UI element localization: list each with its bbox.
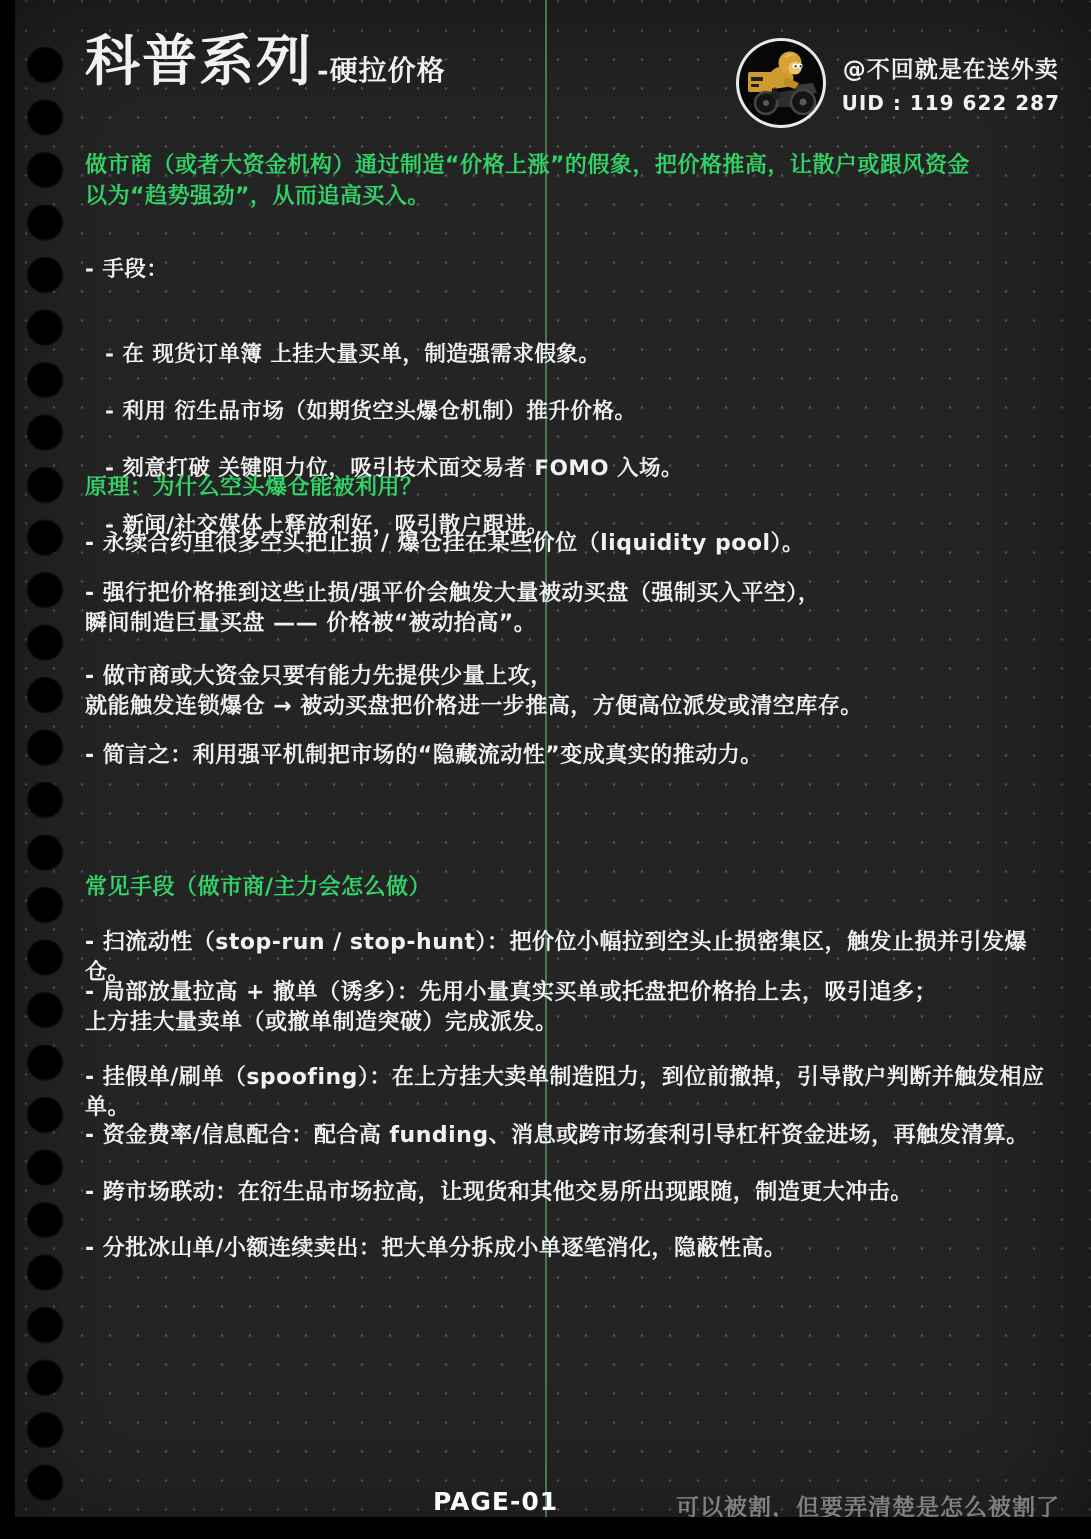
profile-handle[interactable]: @不回就是在送外卖 — [842, 51, 1060, 84]
profile-uid: UID : 119 622 287 — [842, 91, 1060, 115]
principle-paragraph: - 永续合约里很多空头把止损 / 爆仓挂在某些价位（liquidity pool… — [85, 529, 1063, 559]
methods-label: - 手段： — [85, 256, 1063, 285]
author-profile: @不回就是在送外卖 UID : 119 622 287 — [735, 37, 1060, 129]
title-main: 科普系列 — [85, 28, 313, 93]
methods-item: - 利用 衍生品市场（如期货空头爆仓机制）推升价格。 — [105, 398, 1063, 427]
page-title: 科普系列-硬拉价格 — [85, 30, 446, 92]
principle-paragraph: - 做市商或大资金只要有能力先提供少量上攻， 就能触发连锁爆仓 → 被动买盘把价… — [85, 662, 1063, 722]
tactics-item: - 资金费率/信息配合：配合高 funding、消息或跨市场套利引导杠杆资金进场… — [85, 1121, 1063, 1151]
bottom-edge-band — [0, 1517, 1091, 1539]
principle-heading: 原理：为什么空头爆仓能被利用？ — [85, 473, 1063, 503]
title-subtitle: -硬拉价格 — [317, 54, 446, 87]
principle-paragraph: - 强行把价格推到这些止损/强平价会触发大量被动买盘（强制买入平空）， 瞬间制造… — [85, 579, 1063, 639]
binder-holes — [26, 47, 64, 1517]
left-edge-band — [0, 0, 15, 1539]
principle-paragraph: - 简言之：利用强平机制把市场的“隐藏流动性”变成真实的推动力。 — [85, 741, 1063, 771]
tactics-item: - 分批冰山单/小额连续卖出：把大单分拆成小单逐笔消化，隐蔽性高。 — [85, 1234, 1063, 1264]
tactics-item: - 跨市场联动：在衍生品市场拉高，让现货和其他交易所出现跟随，制造更大冲击。 — [85, 1178, 1063, 1208]
tactics-item: - 挂假单/刷单（spoofing）：在上方挂大卖单制造阻力，到位前撤掉，引导散… — [85, 1063, 1063, 1123]
methods-item: - 在 现货订单簿 上挂大量买单，制造强需求假象。 — [105, 341, 1063, 370]
profile-text: @不回就是在送外卖 UID : 119 622 287 — [842, 51, 1060, 115]
poster-canvas: 科普系列-硬拉价格 — [0, 0, 1091, 1539]
tactics-item: - 局部放量拉高 + 撤单（诱多）：先用小量真实买单或托盘把价格抬上去，吸引追多… — [85, 978, 1063, 1038]
intro-paragraph: 做市商（或者大资金机构）通过制造“价格上涨”的假象，把价格推高，让散户或跟风资金… — [85, 150, 1063, 212]
page-number-label: PAGE-01 — [433, 1487, 558, 1516]
delivery-rider-icon[interactable] — [735, 37, 827, 129]
tactics-heading: 常见手段（做市商/主力会怎么做） — [85, 873, 1063, 903]
